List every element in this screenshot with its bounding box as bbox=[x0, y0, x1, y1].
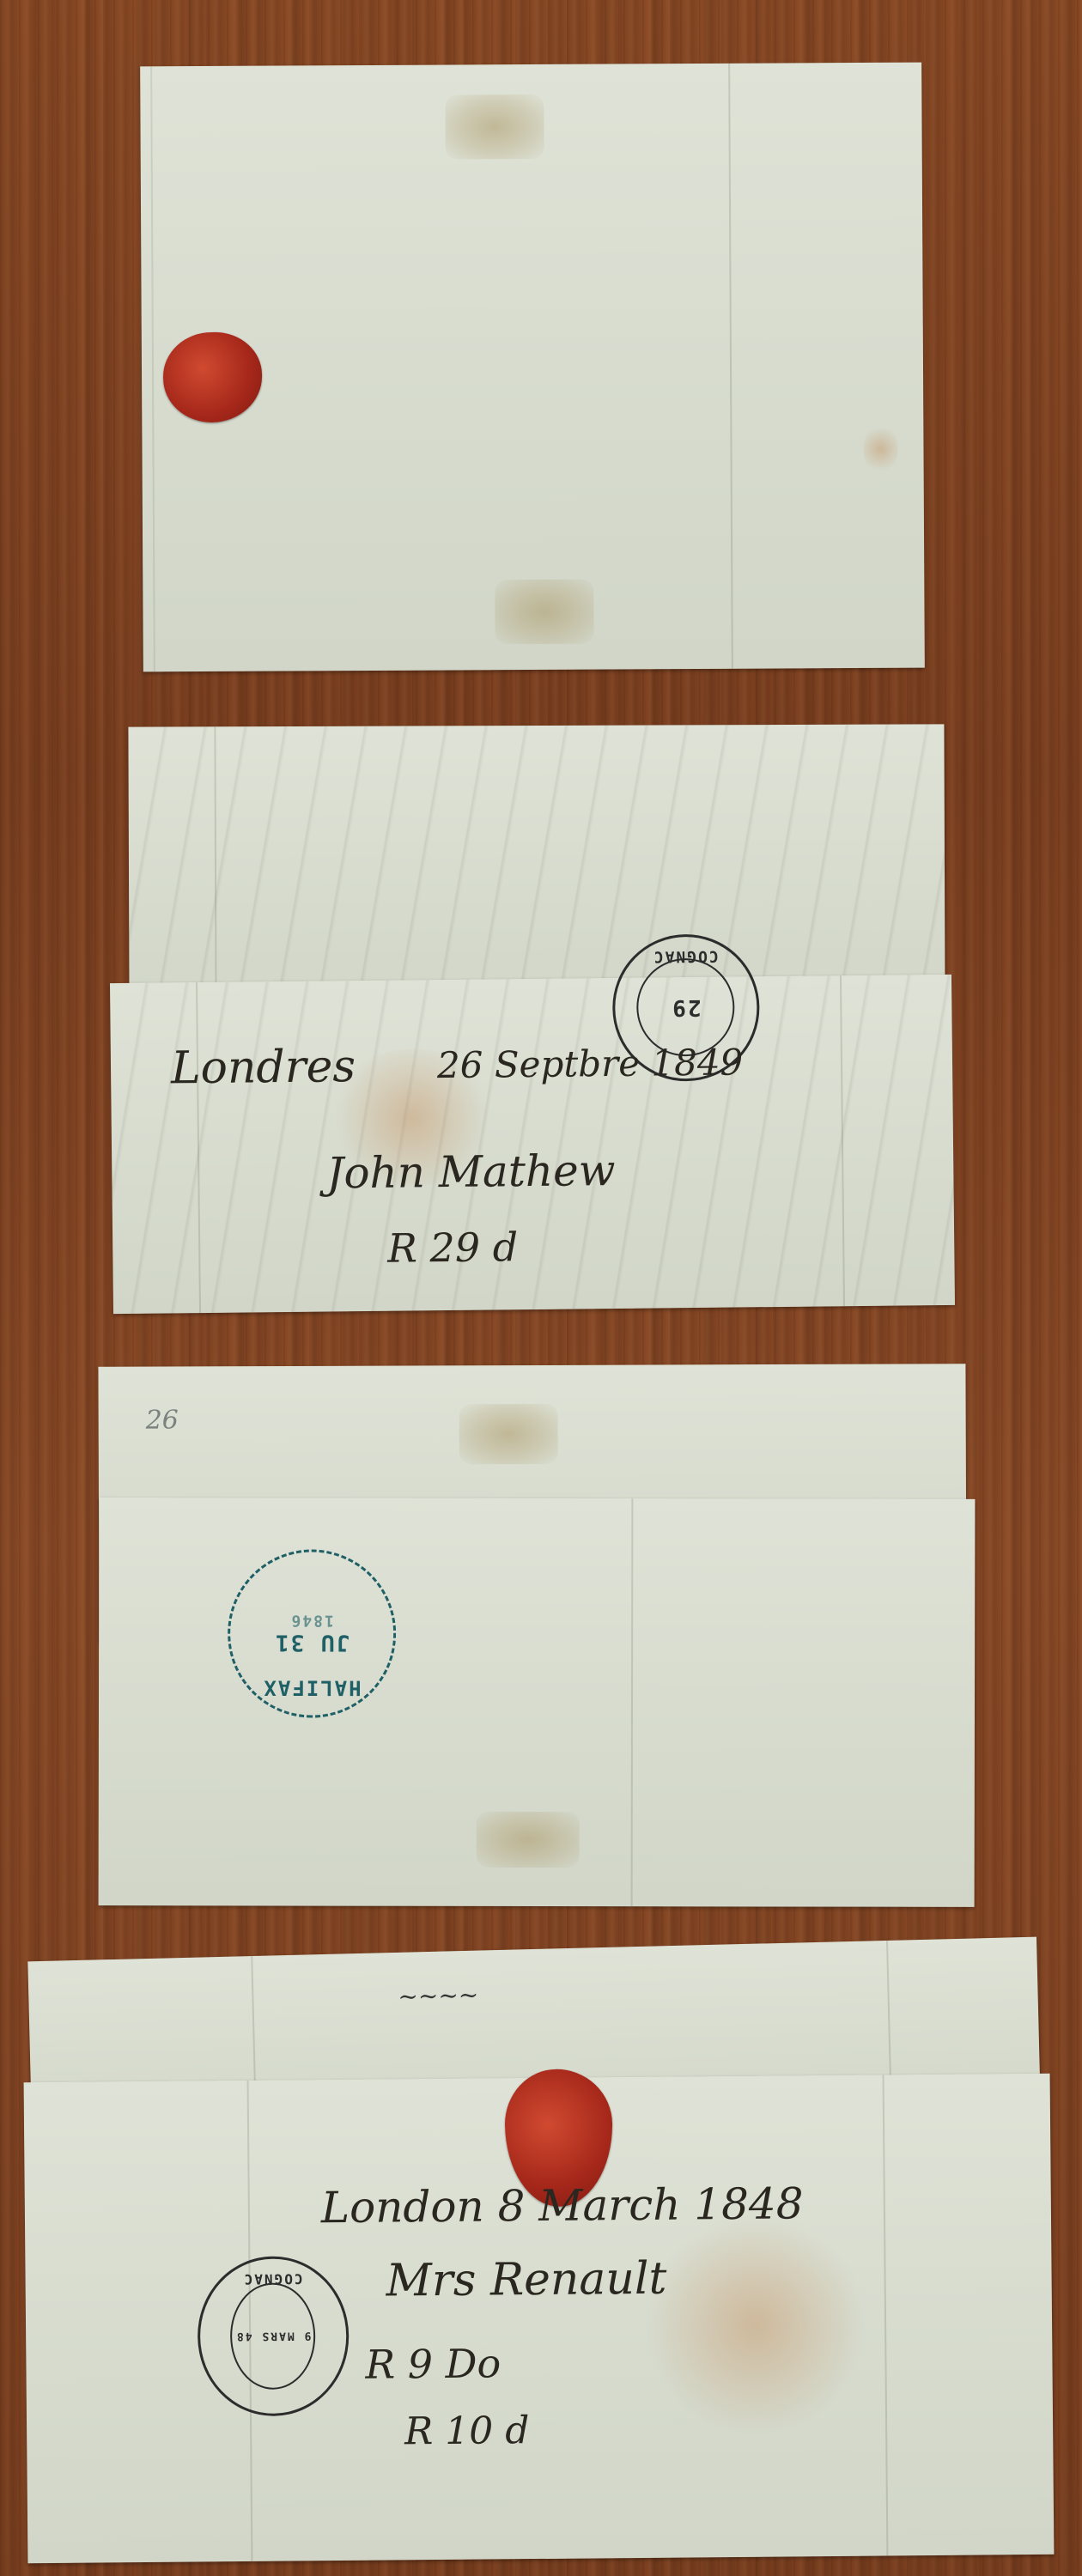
pencil-note: 26 bbox=[146, 1405, 179, 1435]
letter-2-addressee: John Mathew bbox=[326, 1145, 616, 1199]
letter-4-address: COGNAC 9 MARS 48 London 8 March 1848 Mrs… bbox=[24, 2074, 1055, 2563]
postmark-date: 9 MARS 48 bbox=[235, 2330, 312, 2343]
fold-line bbox=[728, 64, 733, 669]
fold-line bbox=[150, 66, 155, 671]
postmark-year: 1846 bbox=[289, 1612, 333, 1630]
stain-mark bbox=[445, 94, 544, 160]
letter-2-date: 26 Septbre 1849 bbox=[437, 1041, 744, 1086]
postmark-town: HALIFAX bbox=[262, 1675, 361, 1699]
wax-seal bbox=[163, 332, 263, 423]
photo-scene: COGNAC 29 Londres 26 Septbre 1849 John M… bbox=[0, 0, 1082, 2576]
letter-4-rate-2: R 10 d bbox=[404, 2409, 530, 2453]
rust-spot bbox=[863, 423, 897, 475]
letter-2-address: COGNAC 29 Londres 26 Septbre 1849 John M… bbox=[110, 975, 955, 1314]
stain-mark bbox=[459, 1404, 558, 1464]
stain-mark bbox=[477, 1812, 580, 1868]
letter-4-addressee: Mrs Renault bbox=[386, 2253, 666, 2307]
postmark-town: COGNAC bbox=[653, 947, 719, 966]
stain-mark bbox=[495, 580, 593, 645]
halifax-postmark: HALIFAX JU 31 1846 bbox=[228, 1549, 396, 1717]
letter-2-rate: R 29 d bbox=[387, 1224, 518, 1272]
postmark-town: COGNAC bbox=[243, 2270, 303, 2287]
postmark-date: JU 31 bbox=[274, 1630, 350, 1656]
cognac-postmark: COGNAC 9 MARS 48 bbox=[197, 2256, 350, 2417]
letter-4-date-line: London 8 March 1848 bbox=[321, 2178, 804, 2233]
postmark-day: 29 bbox=[671, 994, 702, 1020]
top-ink-mark: ~~~~ bbox=[398, 1981, 479, 2011]
letter-2-place: Londres bbox=[171, 1041, 356, 1094]
letter-2-back-flap bbox=[128, 724, 945, 1014]
letter-4-rate-1: R 9 Do bbox=[365, 2340, 501, 2387]
letter-3-reverse: HALIFAX JU 31 1846 bbox=[99, 1498, 976, 1907]
letter-1-reverse bbox=[140, 63, 925, 672]
